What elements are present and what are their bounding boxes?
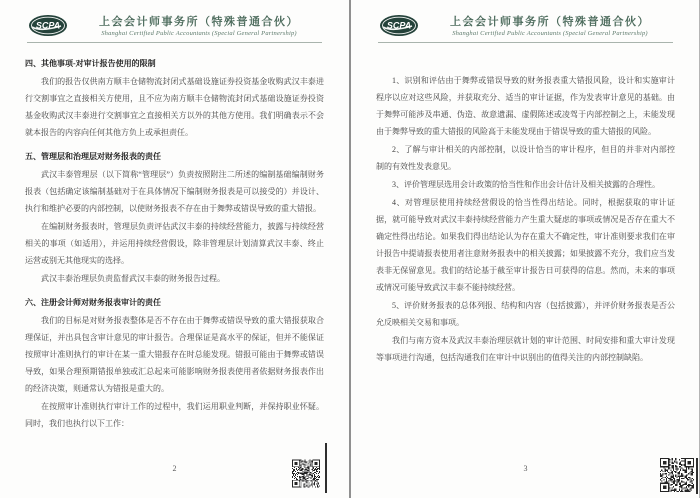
paragraph: 在按照审计准则执行审计工作的过程中，我们运用职业判断，并保持职业怀疑。同时，我们… [25,398,324,432]
section-heading: 六、注册会计师对财务报表审计的责任 [25,294,324,311]
paragraph: 我们的目标是对财务报表整体是否不存在由于舞弊或错误导致的重大错报获取合理保证，并… [25,312,324,397]
paragraph: 在编制财务报表时，管理层负责评估武汉丰泰的持续经营能力，披露与持续经营相关的事项… [25,218,324,269]
page-3: SCPA 上会会计师事务所（特殊普通合伙） Shanghai Certified… [351,0,700,498]
page-2-body: 四、其他事项-对审计报告使用的限制 我们的报告仅供南方顺丰仓储物流封闭式基础设施… [0,43,349,432]
paragraph: 5、评价财务报表的总体列报、结构和内容（包括披露），并评价财务报表是否公允反映相… [376,297,675,331]
firm-name-en: Shanghai Certified Public Accountants (S… [425,30,675,37]
paragraph: 1、识别和评估由于舞弊或错误导致的财务报表重大错报风险，设计和实施审计程序以应对… [376,72,675,140]
letterhead: SCPA 上会会计师事务所（特殊普通合伙） Shanghai Certified… [0,0,349,37]
svg-text:SCPA: SCPA [36,21,60,31]
scan-artifact-line [696,458,698,494]
page-2: SCPA 上会会计师事务所（特殊普通合伙） Shanghai Certified… [0,0,349,498]
paragraph: 我们与南方资本及武汉丰泰治理层就计划的审计范围、时间安排和重大审计发现等事项进行… [376,332,675,366]
document-scan: SCPA 上会会计师事务所（特殊普通合伙） Shanghai Certified… [0,0,700,498]
section-heading: 五、管理层和治理层对财务报表的责任 [25,148,324,165]
paragraph: 2、了解与审计相关的内部控制，以设计恰当的审计程序，但目的并非对内部控制的有效性… [376,141,675,175]
scan-artifact-line [325,443,327,493]
letterhead-titles: 上会会计师事务所（特殊普通合伙） Shanghai Certified Publ… [419,13,675,37]
qr-code-icon [660,458,694,492]
paragraph: 4、对管理层使用持续经营假设的恰当性得出结论。同时，根据获取的审计证据，就可能导… [376,194,675,296]
page-3-body: 1、识别和评估由于舞弊或错误导致的财务报表重大错报风险，设计和实施审计程序以应对… [351,43,700,366]
paragraph: 3、评价管理层选用会计政策的恰当性和作出会计估计及相关披露的合理性。 [376,176,675,193]
page-number: 3 [351,464,700,473]
letterhead-titles: 上会会计师事务所（特殊普通合伙） Shanghai Certified Publ… [68,13,324,37]
paragraph: 武汉丰泰治理层负责监督武汉丰泰的财务报告过程。 [25,270,324,287]
paragraph: 我们的报告仅供南方顺丰仓储物流封闭式基础设施证券投资基金收购武汉丰泰进行交割事宜… [25,73,324,141]
section-heading: 四、其他事项-对审计报告使用的限制 [25,55,324,72]
scpa-logo-icon: SCPA [28,14,68,37]
paragraph: 武汉丰泰管理层（以下简称“管理层”）负责按照附注二所述的编制基础编制财务报表（包… [25,166,324,217]
qr-code-icon [292,456,320,491]
firm-name-en: Shanghai Certified Public Accountants (S… [74,30,324,37]
svg-text:SCPA: SCPA [387,21,411,31]
firm-name-cn: 上会会计师事务所（特殊普通合伙） [74,13,324,29]
firm-name-cn: 上会会计师事务所（特殊普通合伙） [425,13,675,29]
letterhead: SCPA 上会会计师事务所（特殊普通合伙） Shanghai Certified… [351,0,700,37]
scpa-logo-icon: SCPA [379,14,419,37]
